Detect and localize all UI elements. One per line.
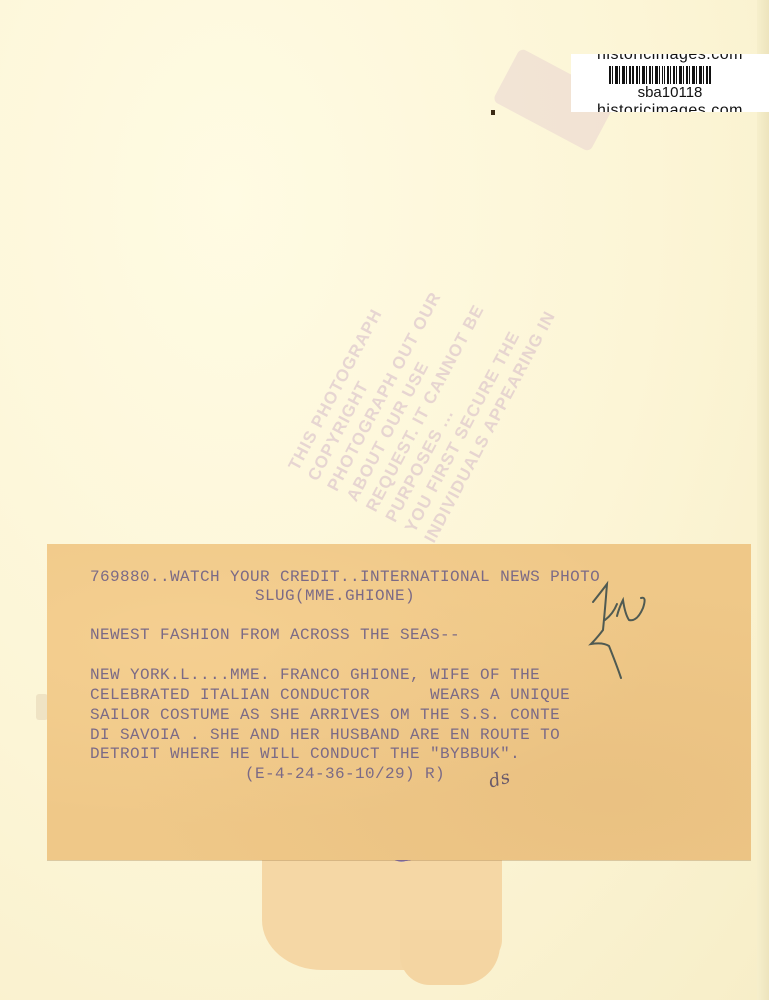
barcode-bar bbox=[696, 66, 697, 84]
barcode-bar bbox=[692, 66, 695, 84]
barcode-bar bbox=[652, 66, 653, 84]
barcode-bar bbox=[636, 66, 638, 84]
barcode-bar bbox=[709, 66, 711, 84]
caption-slug: SLUG(MME.GHIONE) bbox=[255, 586, 415, 606]
barcode-bar bbox=[659, 66, 660, 84]
caption-reference: (E-4-24-36-10/29) R) bbox=[245, 764, 445, 784]
barcode-bar bbox=[676, 66, 677, 84]
barcode-bar bbox=[679, 66, 682, 84]
barcode-bar bbox=[619, 66, 620, 84]
label-site-bottom: historicimages.com bbox=[571, 102, 769, 112]
barcode-bar bbox=[703, 66, 704, 84]
barcode-bar bbox=[649, 66, 651, 84]
caption-body-line: DI SAVOIA . SHE AND HER HUSBAND ARE EN R… bbox=[90, 725, 560, 745]
barcode-bar bbox=[626, 66, 627, 84]
caption-body-line: SAILOR COSTUME AS SHE ARRIVES OM THE S.S… bbox=[90, 705, 560, 725]
barcode-bar bbox=[699, 66, 702, 84]
barcode-bar bbox=[689, 66, 690, 84]
barcode-bar bbox=[683, 66, 684, 84]
caption-body-line: NEW YORK.L....MME. FRANCO GHIONE, WIFE O… bbox=[90, 665, 540, 685]
barcode-bar bbox=[664, 66, 665, 84]
barcode-bar bbox=[706, 66, 708, 84]
barcode-bar bbox=[686, 66, 688, 84]
caption-body-line: DETROIT WHERE HE WILL CONDUCT THE "BYBBU… bbox=[90, 744, 520, 764]
handwritten-initials: ds bbox=[487, 768, 513, 793]
caption-card: 769880..WATCH YOUR CREDIT..INTERNATIONAL… bbox=[47, 544, 751, 860]
barcode-bar bbox=[642, 66, 645, 84]
barcode-bar bbox=[639, 66, 640, 84]
caption-headline: NEWEST FASHION FROM ACROSS THE SEAS-- bbox=[90, 625, 460, 645]
barcode-bar bbox=[673, 66, 675, 84]
barcode-label: historicimages.com sba10118 historicimag… bbox=[571, 54, 769, 112]
barcode-bar bbox=[670, 66, 671, 84]
barcode-bar bbox=[646, 66, 647, 84]
paper-edge bbox=[757, 0, 769, 1000]
caption-header: 769880..WATCH YOUR CREDIT..INTERNATIONAL… bbox=[90, 567, 600, 587]
ink-speck bbox=[491, 110, 495, 115]
barcode-bar bbox=[632, 66, 634, 84]
barcode-bar bbox=[662, 66, 663, 84]
barcode-bar bbox=[609, 66, 611, 84]
barcode-icon bbox=[609, 66, 745, 84]
caption-body-line: CELEBRATED ITALIAN CONDUCTOR WEARS A UNI… bbox=[90, 685, 570, 705]
barcode-bar bbox=[622, 66, 625, 84]
barcode-bar bbox=[612, 66, 613, 84]
barcode-bar bbox=[667, 66, 669, 84]
item-code: sba10118 bbox=[571, 84, 769, 101]
barcode-bar bbox=[655, 66, 658, 84]
label-site-top: historicimages.com bbox=[571, 54, 769, 64]
barcode-bar bbox=[629, 66, 631, 84]
barcode-bar bbox=[615, 66, 618, 84]
